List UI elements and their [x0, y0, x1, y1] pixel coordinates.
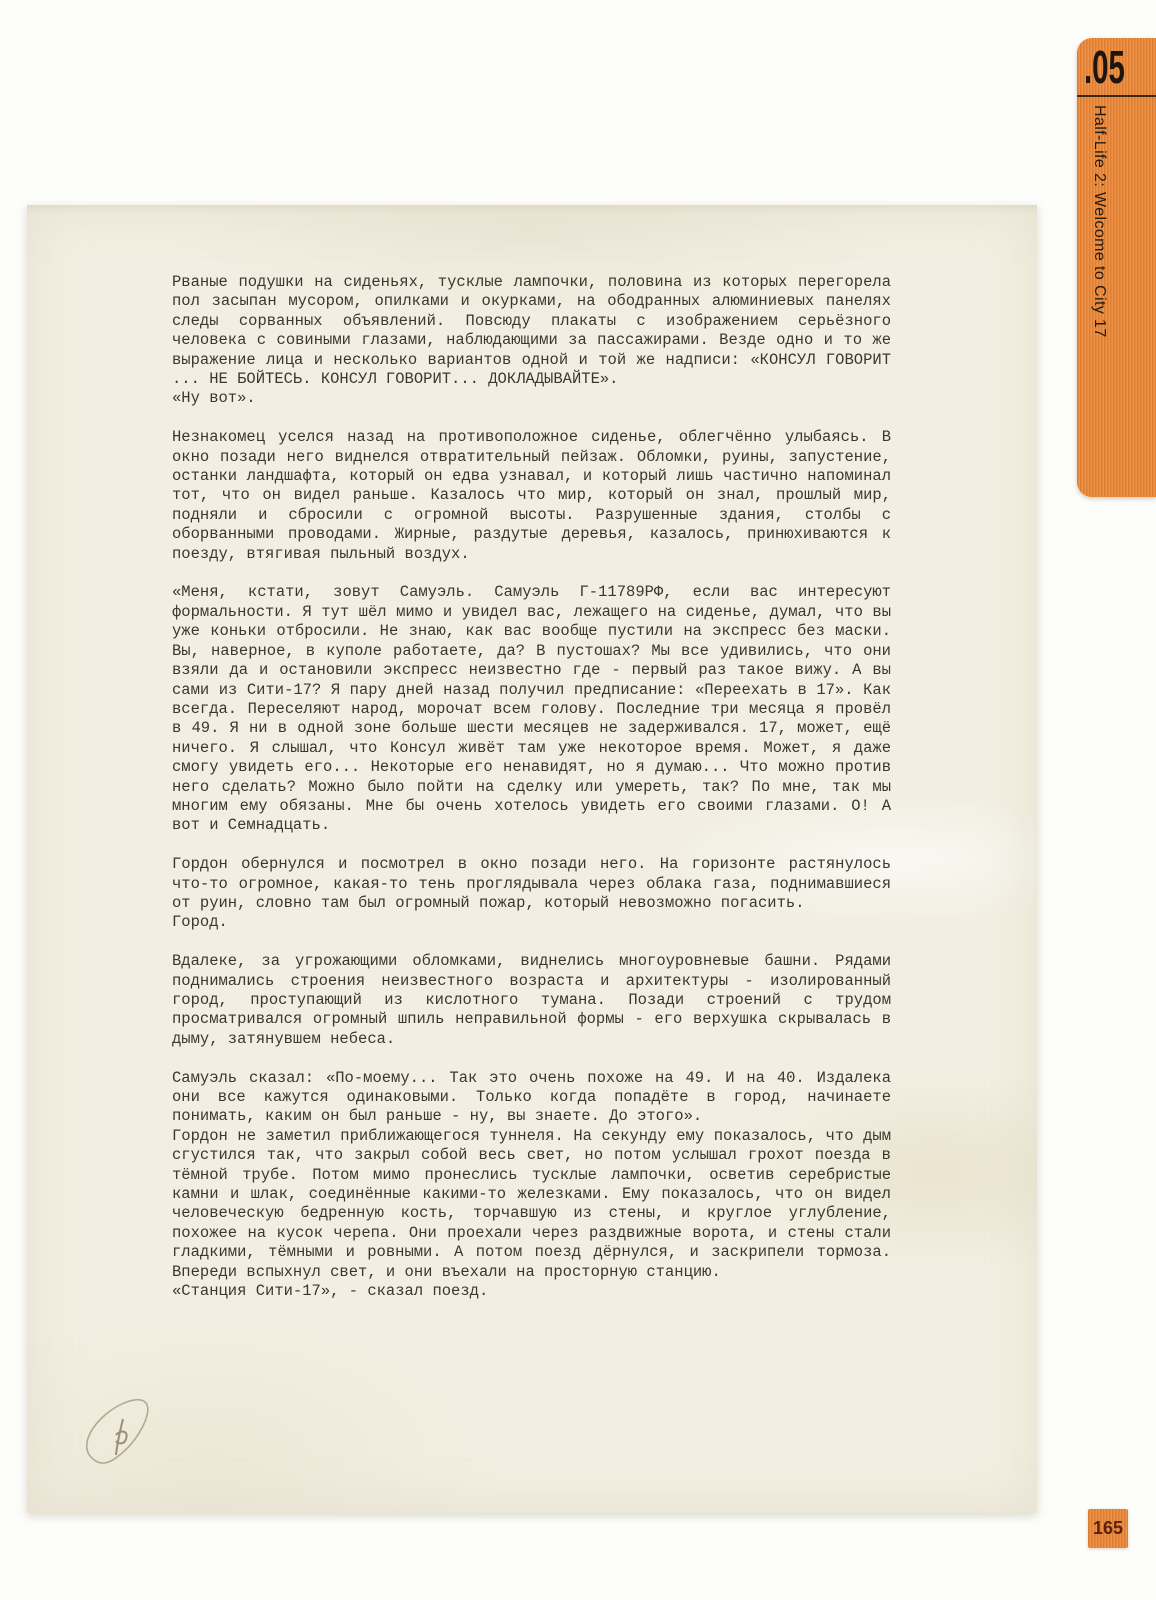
page-number-badge: 165: [1088, 1509, 1128, 1548]
paragraph: Рваные подушки на сиденьях, тусклые ламп…: [172, 273, 891, 389]
paragraph-block: «Меня, кстати, зовут Самуэль. Самуэль Г-…: [172, 583, 891, 835]
paragraph: Город.: [172, 913, 891, 932]
paragraph: «Станция Сити-17», - сказал поезд.: [172, 1282, 891, 1301]
chapter-number: .05: [1084, 44, 1125, 90]
book-page: Рваные подушки на сиденьях, тусклые ламп…: [27, 205, 1037, 1513]
paragraph: Гордон обернулся и посмотрел в окно поза…: [172, 855, 891, 913]
page-number: 165: [1093, 1518, 1123, 1539]
chapter-title: Half-Life 2: Welcome to City 17: [1090, 105, 1108, 338]
page-text-column: Рваные подушки на сиденьях, тусклые ламп…: [172, 273, 891, 1321]
chapter-tab: .05 Half-Life 2: Welcome to City 17: [1077, 38, 1156, 497]
scanned-book-spread: Рваные подушки на сиденьях, тусклые ламп…: [0, 0, 1156, 1600]
paragraph: «Меня, кстати, зовут Самуэль. Самуэль Г-…: [172, 583, 891, 835]
paragraph: Самуэль сказал: «По-моему... Так это оче…: [172, 1069, 891, 1127]
paragraph: Незнакомец уселся назад на противоположн…: [172, 428, 891, 564]
paragraph-block: Вдалеке, за угрожающими обломками, видне…: [172, 952, 891, 1049]
paragraph: «Ну вот».: [172, 389, 891, 408]
tab-divider: [1077, 95, 1156, 97]
pencil-scribble-icon: [79, 1393, 179, 1483]
paragraph-block: Самуэль сказал: «По-моему... Так это оче…: [172, 1069, 891, 1302]
paragraph: Вдалеке, за угрожающими обломками, видне…: [172, 952, 891, 1049]
paragraph-block: Гордон обернулся и посмотрел в окно поза…: [172, 855, 891, 933]
paragraph: Гордон не заметил приближающегося туннел…: [172, 1127, 891, 1282]
paragraph-block: Незнакомец уселся назад на противоположн…: [172, 428, 891, 564]
paragraph-block: Рваные подушки на сиденьях, тусклые ламп…: [172, 273, 891, 409]
